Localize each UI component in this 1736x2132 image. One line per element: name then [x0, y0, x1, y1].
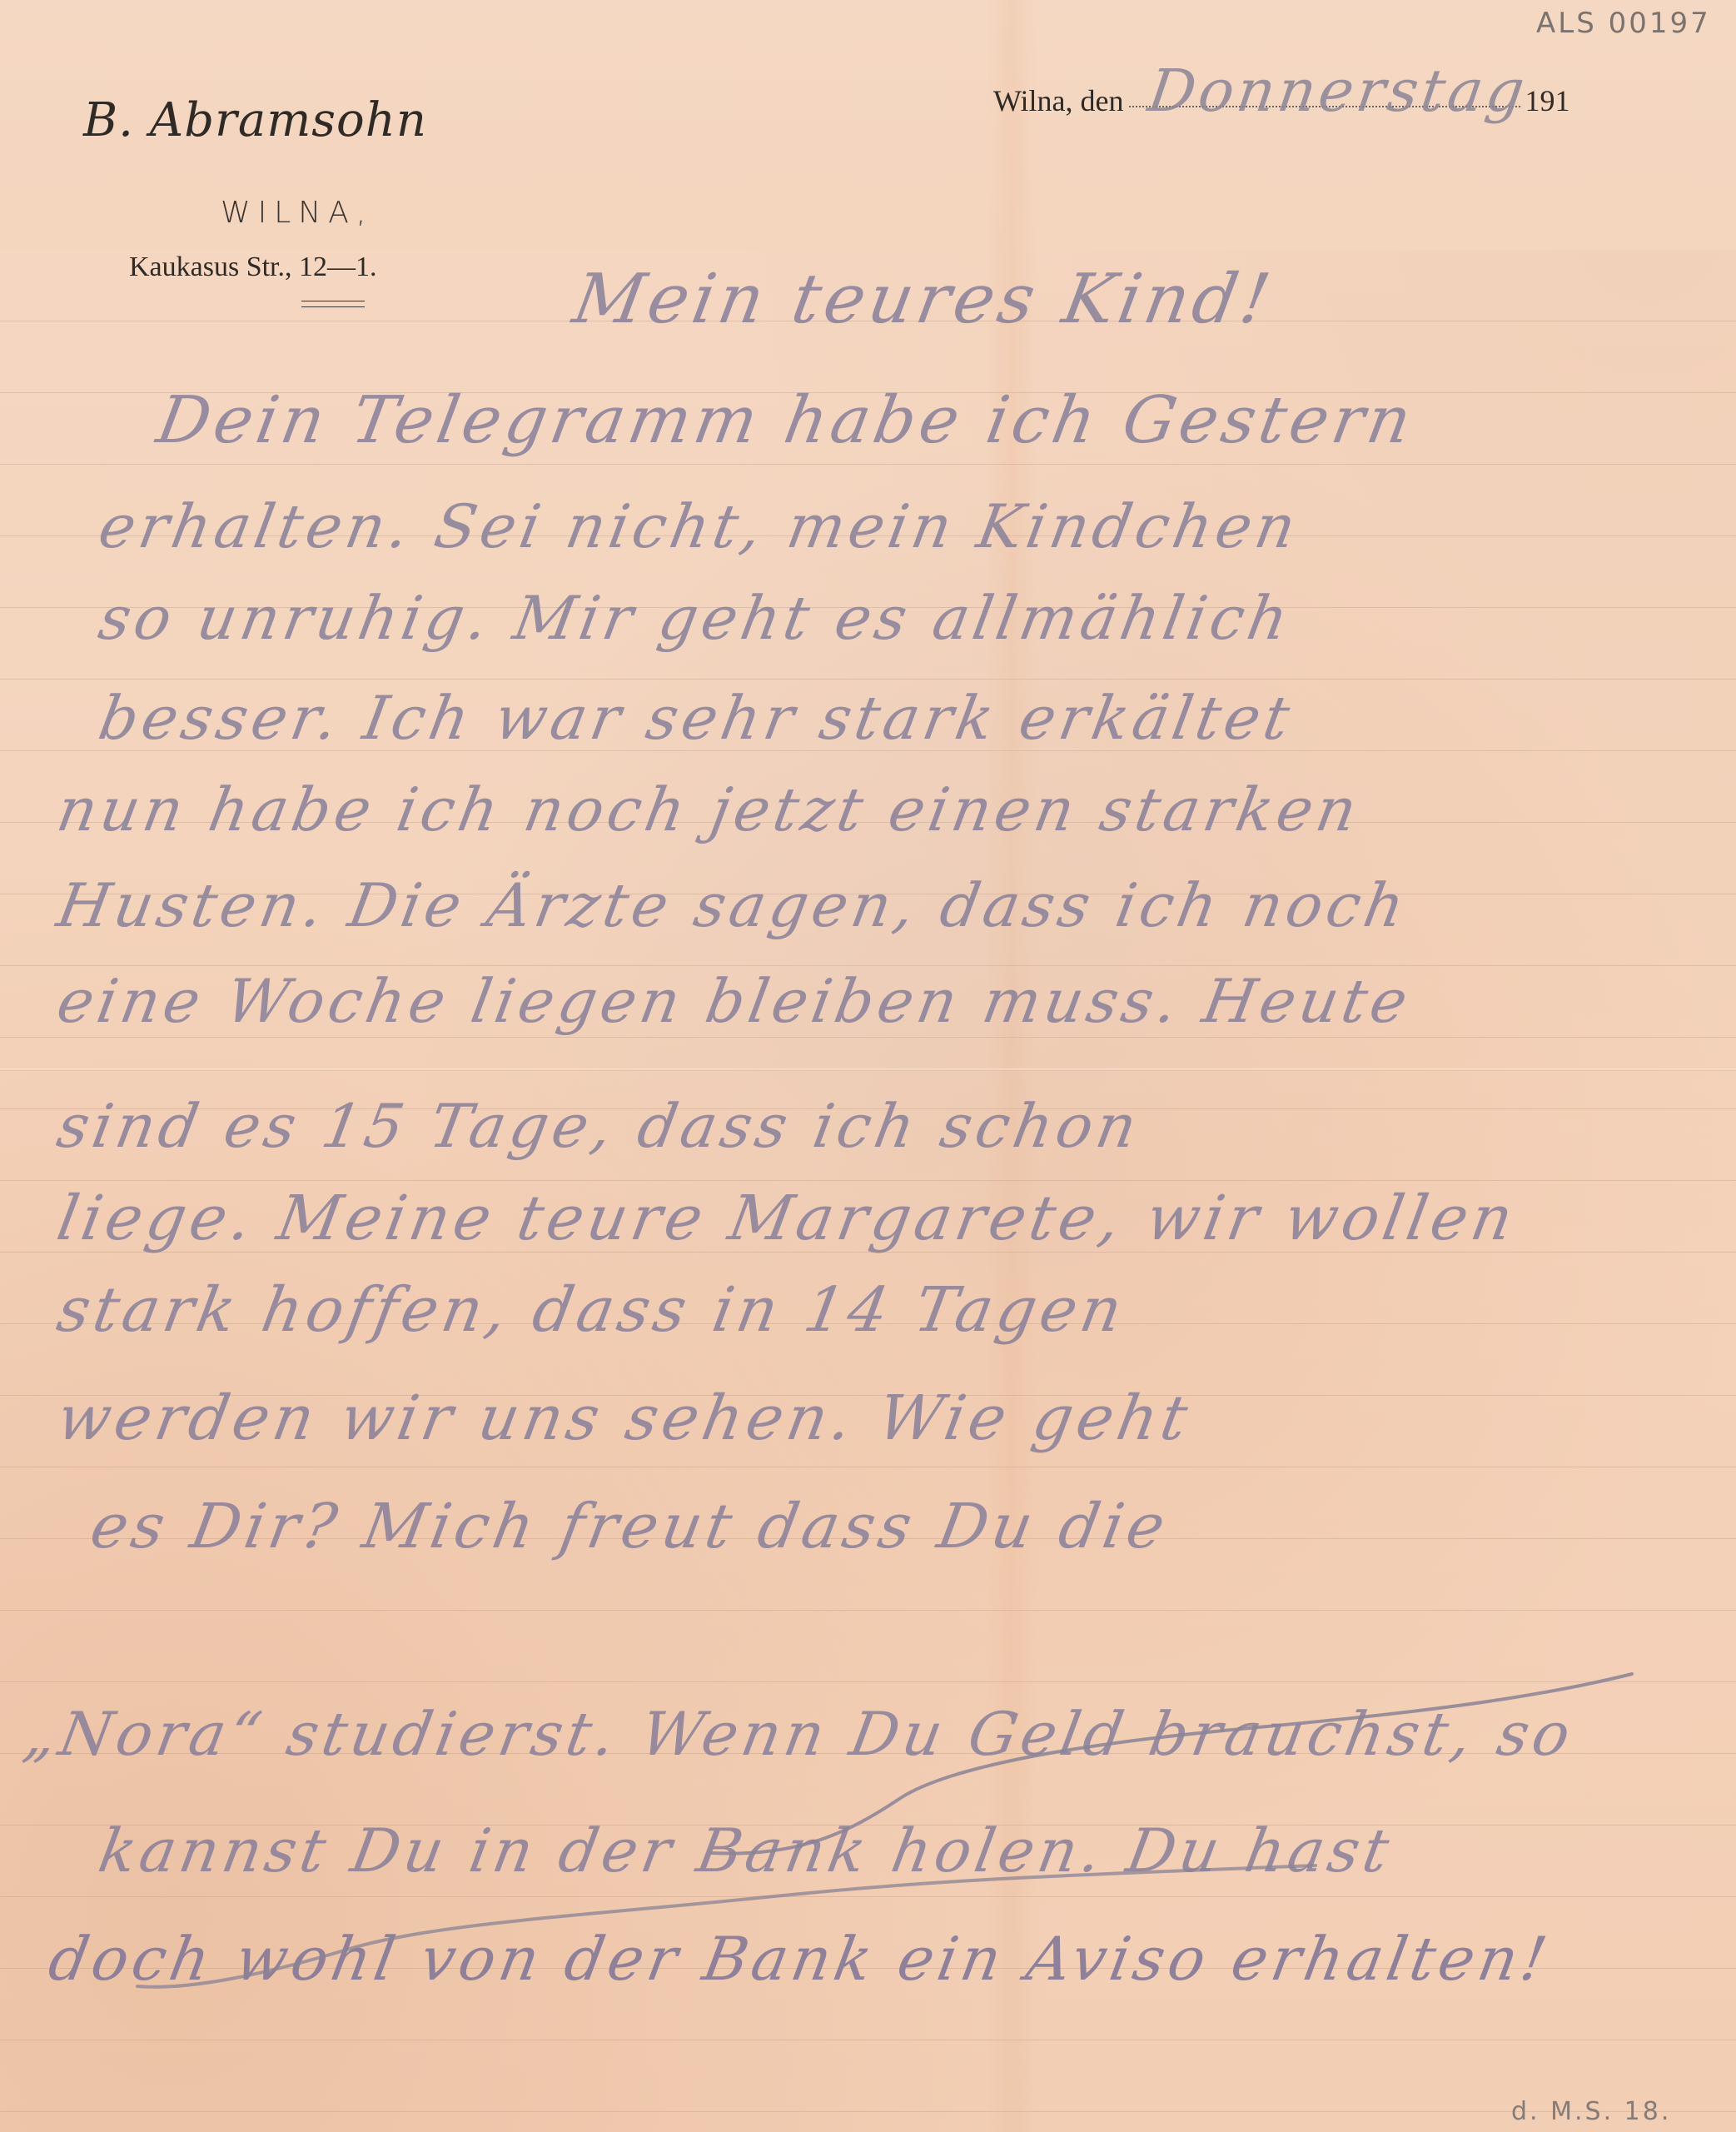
letter-line: so unruhig. Mir geht es allmählich — [94, 583, 1297, 653]
letter-line: stark hoffen, dass in 14 Tagen — [52, 1274, 1131, 1346]
letter-line: erhalten. Sei nicht, mein Kindchen — [94, 491, 1306, 561]
archive-reference-annotation: d. M.S. 18. — [1511, 2097, 1671, 2126]
letter-line: sind es 15 Tage, dass ich schon — [52, 1091, 1147, 1161]
dateline-handwritten-day: Donnerstag — [1144, 57, 1531, 125]
letter-line: eine Woche liegen bleiben muss. Heute — [52, 966, 1417, 1036]
letter-line: Husten. Die Ärzte sagen, dass ich noch — [52, 870, 1414, 940]
archive-id-annotation: ALS 00197 — [1536, 7, 1711, 40]
horizontal-fold-crease — [0, 1068, 1736, 1071]
letterhead-city: WILNA, — [221, 196, 373, 230]
letter-line: werden wir uns sehen. Wie geht — [52, 1382, 1196, 1454]
letter-line: doch wohl von der Bank ein Aviso erhalte… — [44, 1924, 1556, 1994]
letter-line: es Dir? Mich freut dass Du die — [85, 1491, 1174, 1562]
letterhead-double-rule — [301, 301, 365, 307]
letter-salutation: Mein teures Kind! — [568, 260, 1280, 339]
letterhead-name: B. Abramsohn — [83, 93, 427, 147]
letter-line: besser. Ich war sehr stark erkältet — [94, 683, 1299, 753]
dateline-year-prefix: 191 — [1525, 83, 1570, 118]
dateline-place-label: Wilna, den — [993, 83, 1124, 118]
letter-page: ALS 00197 B. Abramsohn WILNA, Kaukasus S… — [0, 0, 1736, 2132]
letterhead-address: Kaukasus Str., 12—1. — [129, 252, 377, 283]
letter-line: „Nora“ studierst. Wenn Du Geld brauchst,… — [19, 1699, 1579, 1769]
letter-line: kannst Du in der Bank holen. Du hast — [94, 1816, 1399, 1885]
letter-line: Dein Telegramm habe ich Gestern — [152, 383, 1420, 458]
letter-line: nun habe ich noch jetzt einen starken — [52, 775, 1366, 844]
letter-line: liege. Meine teure Margarete, wir wollen — [52, 1183, 1522, 1254]
